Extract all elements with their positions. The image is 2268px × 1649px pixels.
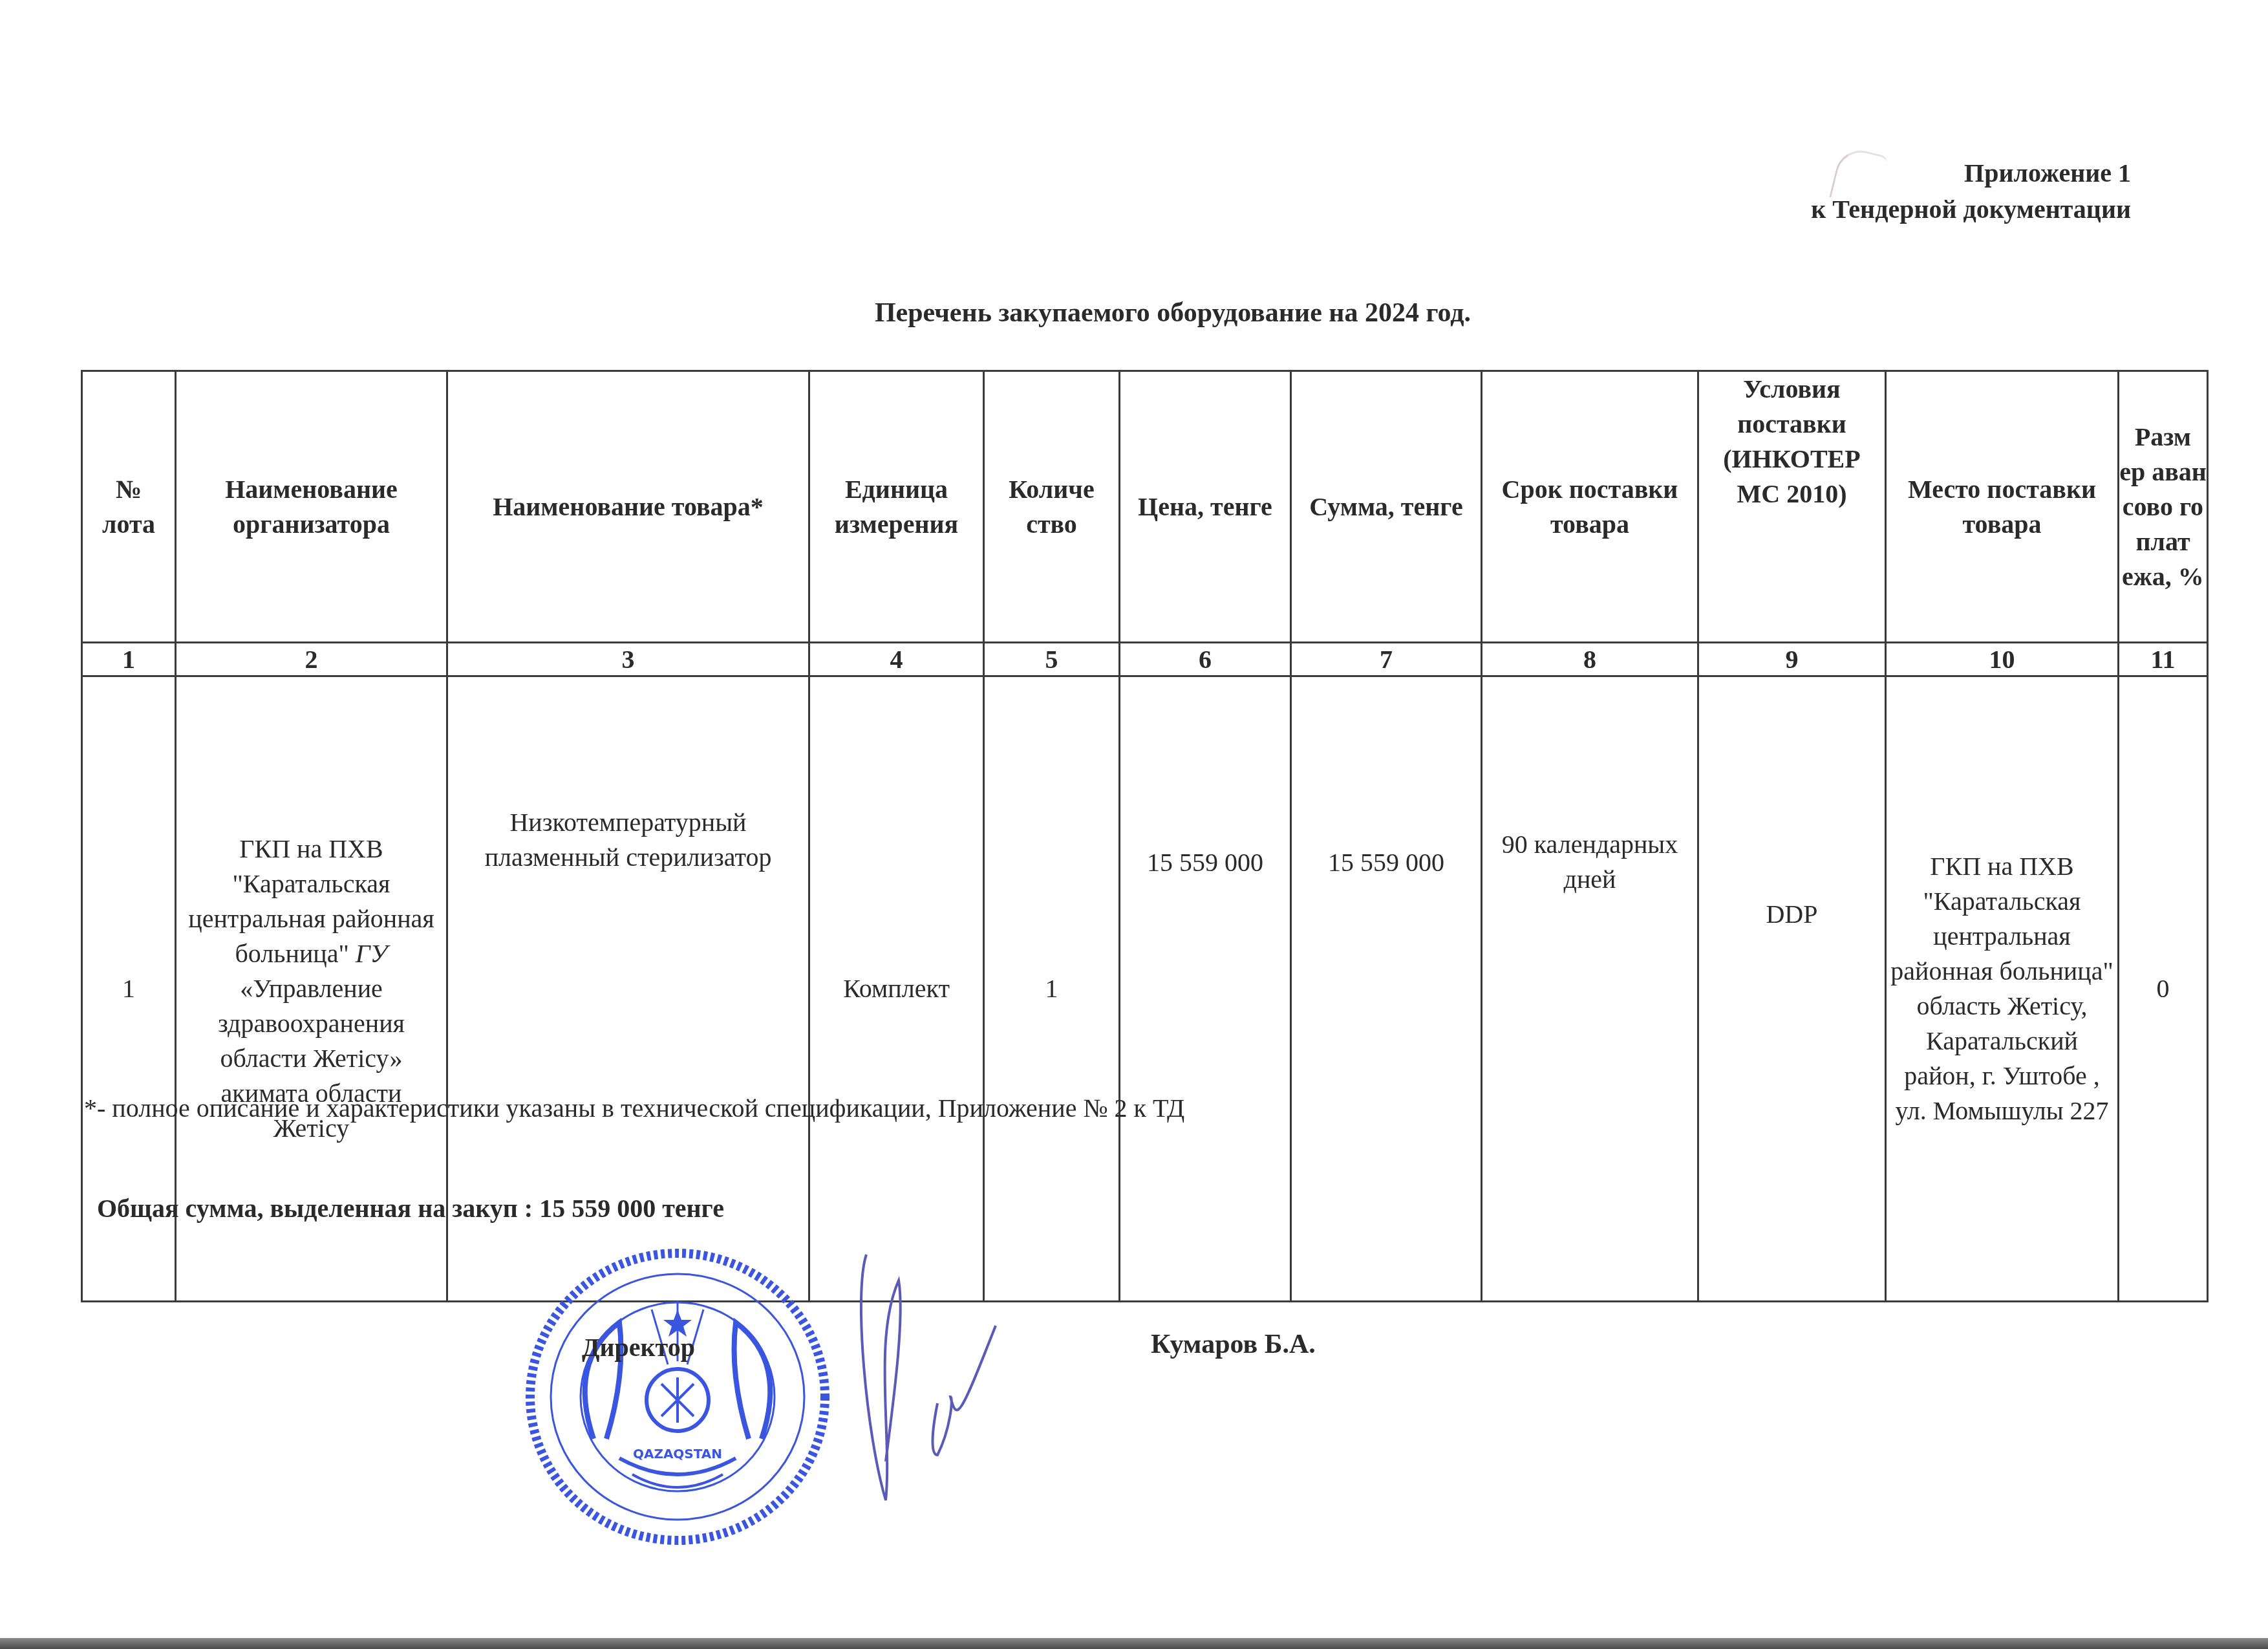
official-stamp-icon: QAZAQSTAN [522, 1245, 833, 1549]
director-title: Директор [582, 1332, 695, 1363]
cell-unit: Комплект [809, 676, 984, 1302]
col-num: 4 [809, 643, 984, 676]
header-incoterms: Условия поставки (ИНКОТЕР МС 2010) [1698, 371, 1886, 643]
col-num: 3 [447, 643, 809, 676]
col-num: 10 [1886, 643, 2119, 676]
column-number-row: 1 2 3 4 5 6 7 8 9 10 11 [82, 643, 2208, 676]
header-organizer: Наименование организатора [176, 371, 447, 643]
total-amount: Общая сумма, выделенная на закуп : 15 55… [97, 1193, 724, 1223]
header-sum: Сумма, тенге [1291, 371, 1482, 643]
col-num: 11 [2119, 643, 2208, 676]
signer-name: Кумаров Б.А. [1151, 1329, 1316, 1360]
cell-price: 15 559 000 [1120, 676, 1291, 1302]
header-delivery-term: Срок поставки товара [1482, 371, 1698, 643]
footnote: *- полное описание и характеристики указ… [84, 1093, 1184, 1123]
cell-sum: 15 559 000 [1291, 676, 1482, 1302]
header-quantity: Количе ство [984, 371, 1120, 643]
col-num: 7 [1291, 643, 1482, 676]
col-num: 9 [1698, 643, 1886, 676]
annex-line-1: Приложение 1 [1811, 155, 2131, 191]
header-product: Наименование товара* [447, 371, 809, 643]
col-num: 5 [984, 643, 1120, 676]
col-num: 2 [176, 643, 447, 676]
header-advance: Разм ер аван сово го плат ежа, % [2119, 371, 2208, 643]
procurement-table: № лота Наименование организатора Наимено… [81, 370, 2209, 1302]
cell-incoterms: DDP [1698, 676, 1886, 1302]
organizer-gu: ГУ [356, 939, 388, 968]
cell-delivery-term: 90 календарных дней [1482, 676, 1698, 1302]
organizer-name: ГКП на ПХВ "Каратальская центральная рай… [188, 834, 434, 968]
header-row: № лота Наименование организатора Наимено… [82, 371, 2208, 643]
annex-line-2: к Тендерной документации [1811, 191, 2131, 228]
header-lot-no: № лота [82, 371, 176, 643]
col-num: 8 [1482, 643, 1698, 676]
document-title: Перечень закупаемого оборудование на 202… [0, 297, 2268, 329]
header-unit: Единица измерения [809, 371, 984, 643]
header-delivery-place: Место поставки товара [1886, 371, 2119, 643]
col-num: 1 [82, 643, 176, 676]
cell-advance-percent: 0 [2119, 676, 2208, 1302]
header-price: Цена, тенге [1120, 371, 1291, 643]
cell-delivery-place: ГКП на ПХВ "Каратальская центральная рай… [1886, 676, 2119, 1302]
stamp-emblem-text: QAZAQSTAN [633, 1446, 722, 1461]
handwritten-signature-icon [840, 1242, 1073, 1513]
annex-reference: Приложение 1 к Тендерной документации [1811, 155, 2131, 228]
cell-quantity: 1 [984, 676, 1120, 1302]
col-num: 6 [1120, 643, 1291, 676]
scanner-edge [0, 1638, 2268, 1649]
